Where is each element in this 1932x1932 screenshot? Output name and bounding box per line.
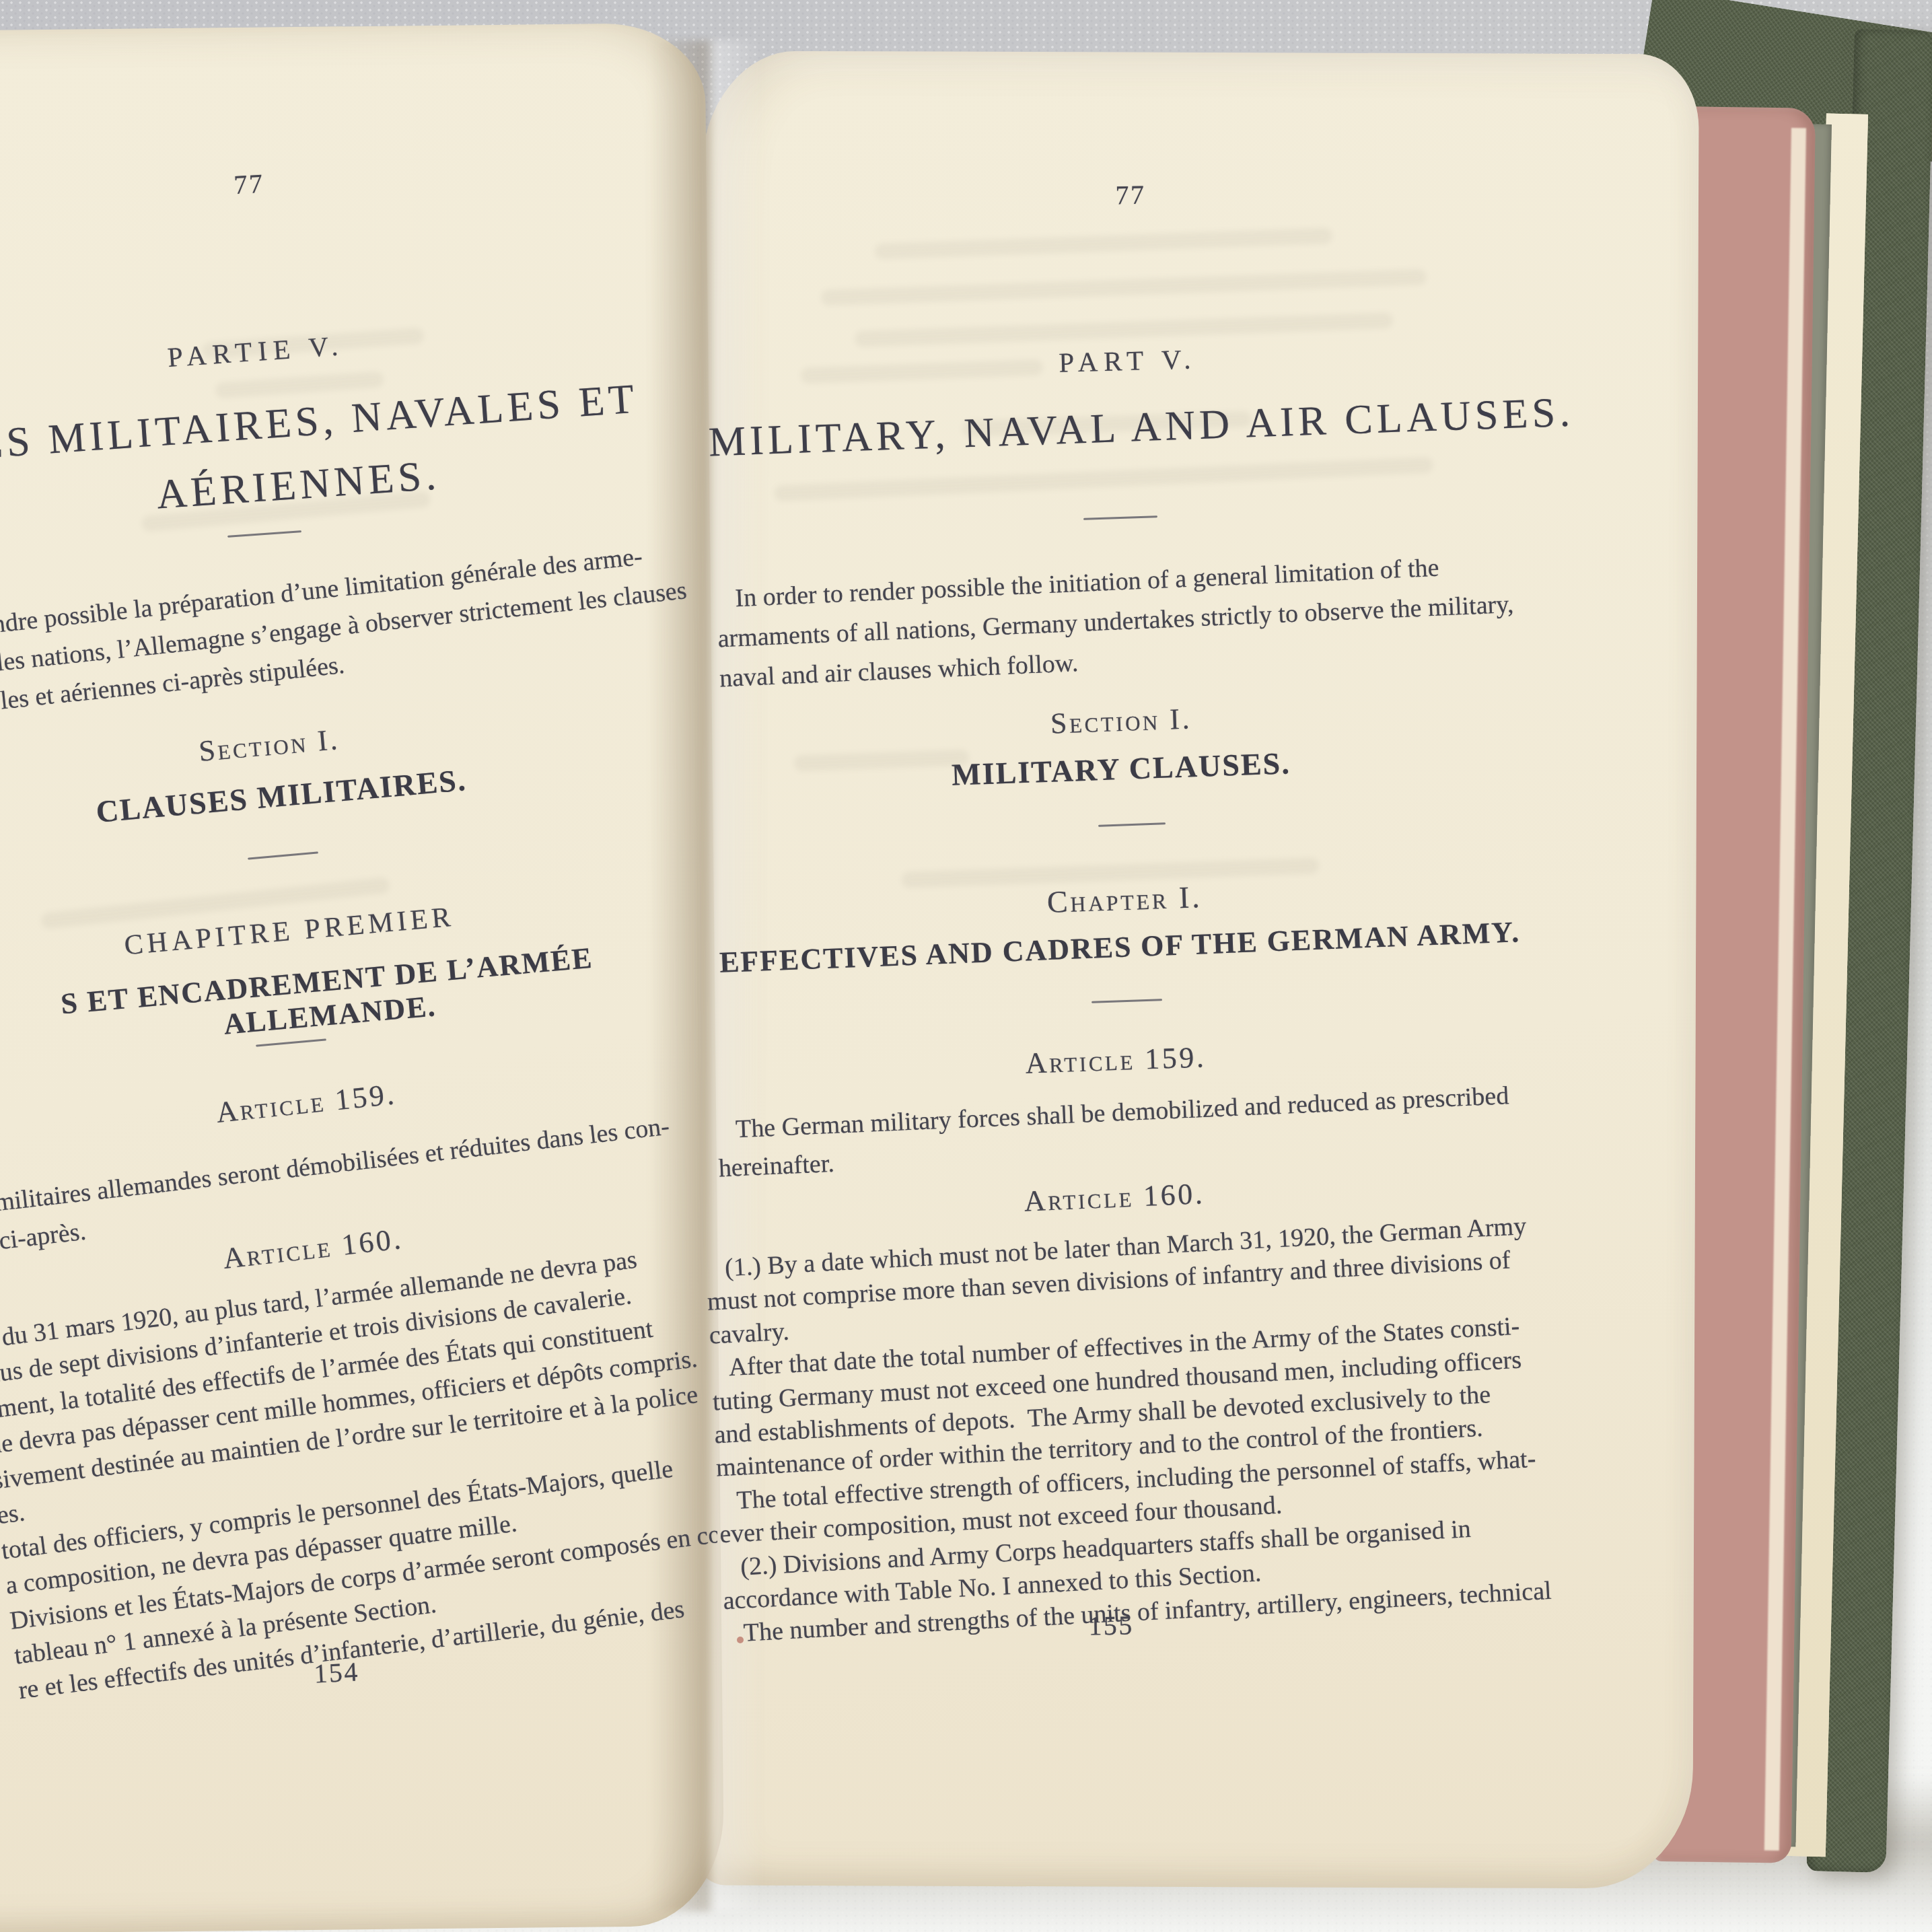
- show-through-line: [875, 227, 1332, 260]
- show-through-line: [821, 269, 1427, 306]
- right-page-content: 77 PART V. MILITARY, NAVAL AND AIR CLAUS…: [700, 52, 1703, 1887]
- left-intro-paragraph: ndre possible la préparation d’une limit…: [0, 532, 705, 721]
- divider-rule: [1083, 515, 1157, 520]
- right-part-label: PART V.: [700, 332, 1583, 388]
- right-article-160-text: (1.) By a date which must not be later t…: [705, 1205, 1637, 1651]
- divider-rule: [1092, 999, 1162, 1003]
- divider-rule: [227, 530, 301, 538]
- book-photo-scene: 77 PARTIE V. SES MILITAIRES, NAVALES ETA…: [0, 0, 1932, 1932]
- divider-rule: [248, 851, 318, 859]
- right-page-header-number: 77: [1036, 178, 1225, 213]
- left-article-160-text: er du 31 mars 1920, au plus tard, l’armé…: [0, 1237, 717, 1709]
- divider-rule: [1098, 822, 1166, 826]
- right-part-title: MILITARY, NAVAL AND AIR CLAUSES.: [700, 388, 1597, 467]
- divider-rule: [256, 1038, 326, 1046]
- right-intro-paragraph: In order to render possible the initiati…: [715, 540, 1628, 699]
- left-page-header-number: 77: [161, 164, 337, 205]
- left-page-content: 77 PARTIE V. SES MILITAIRES, NAVALES ETA…: [0, 27, 717, 1930]
- show-through-line: [774, 457, 1433, 502]
